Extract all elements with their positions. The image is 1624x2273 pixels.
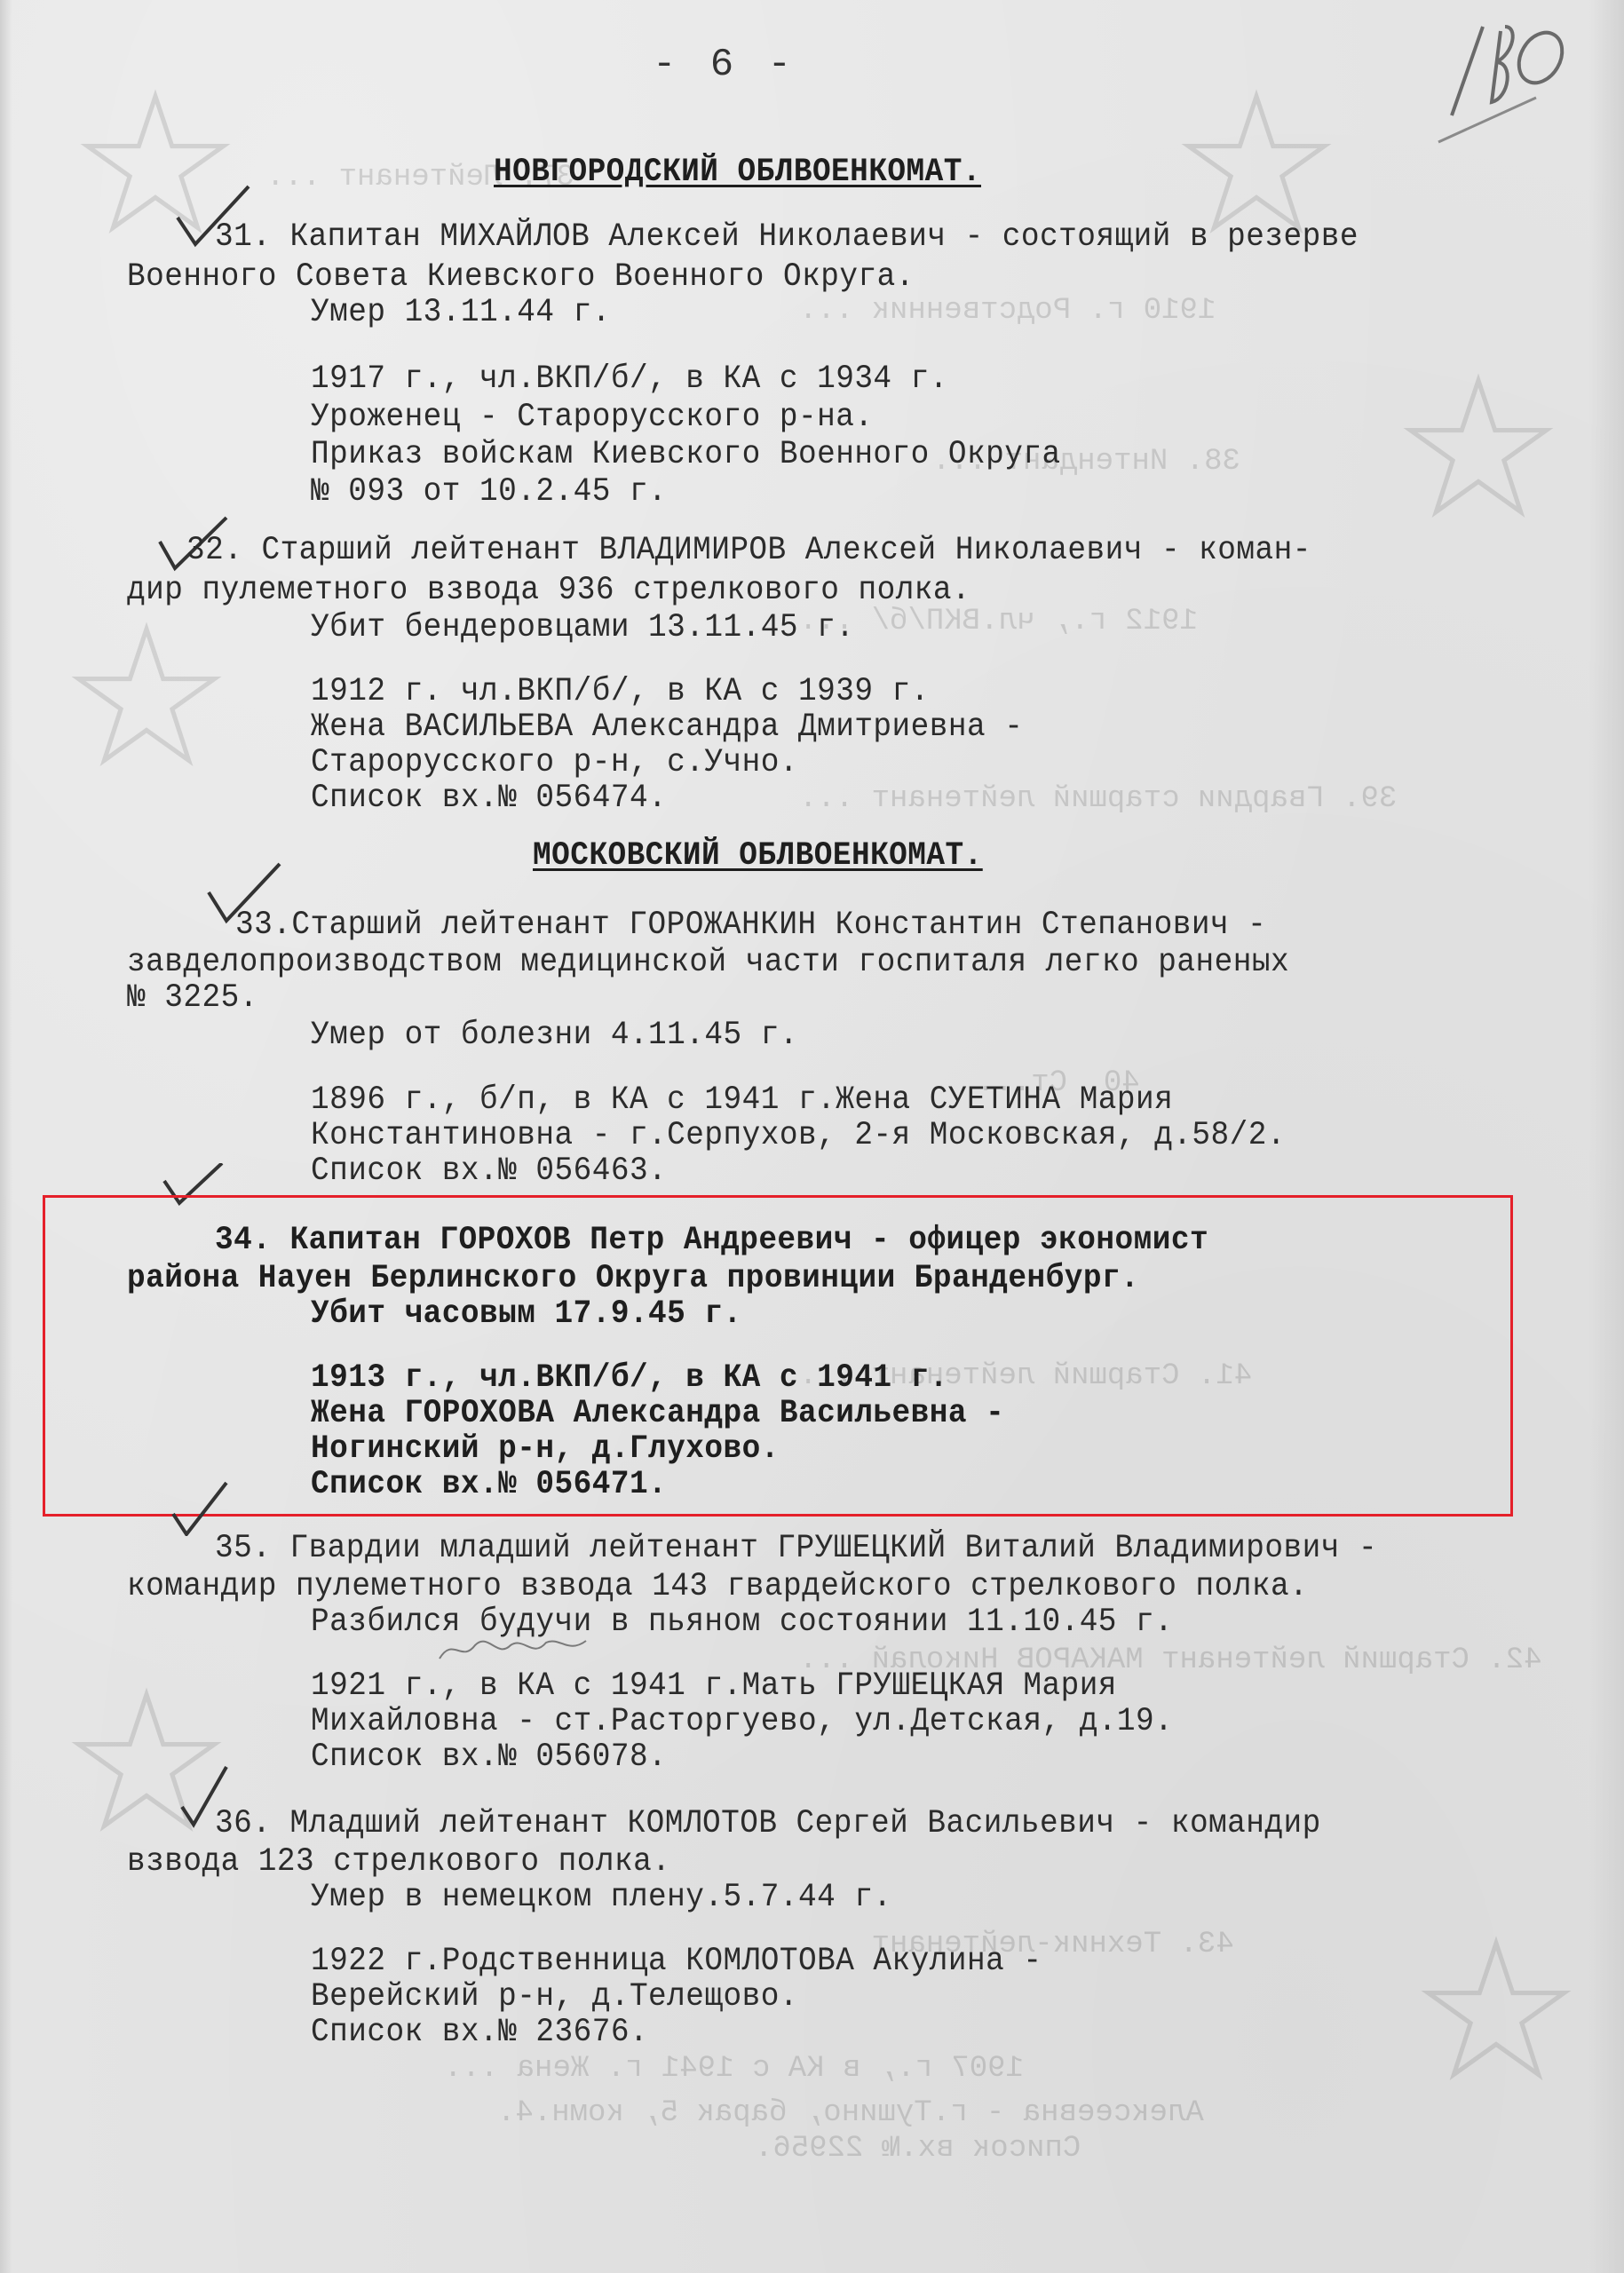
entry-31-line: Военного Совета Киевского Военного Округ… (127, 257, 915, 297)
entry-35-line: 1921 г., в КА с 1941 г.Мать ГРУШЕЦКАЯ Ма… (311, 1667, 1117, 1706)
watermark-star-icon (1403, 373, 1554, 524)
entry-32-line: 1912 г. чл.ВКП/б/, в КА с 1939 г. (311, 672, 930, 711)
entry-34-line: 34. Капитан ГОРОХОВ Петр Андреевич - офи… (215, 1221, 1208, 1260)
entry-36-line: взвода 123 стрелкового полка. (127, 1842, 670, 1881)
entry-34-line: района Науен Берлинского Округа провинци… (127, 1259, 1139, 1298)
entry-31-line: № 093 от 10.2.45 г. (311, 472, 667, 511)
entry-33-line: Умер от болезни 4.11.45 г. (311, 1016, 798, 1055)
document-page: 37. Лейтенант ... 1910 г. Родственник ..… (0, 0, 1624, 2273)
page-number: - 6 - (653, 43, 796, 87)
section-heading: МОСКОВСКИЙ ОБЛВОЕНКОМАТ. (533, 836, 983, 875)
entry-32-line: 32. Старший лейтенант ВЛАДИМИРОВ Алексей… (186, 531, 1311, 570)
entry-35-line: Михайловна - ст.Расторгуево, ул.Детская,… (311, 1702, 1173, 1741)
watermark-star-icon (1421, 1936, 1572, 2087)
entry-34-line: 1913 г., чл.ВКП/б/, в КА с 1941 г. (311, 1358, 948, 1398)
handwritten-archive-number (1430, 9, 1572, 151)
entry-32-line: Список вх.№ 056474. (311, 779, 667, 818)
entry-33-line: Список вх.№ 056463. (311, 1152, 667, 1191)
pencil-annotation (435, 1632, 595, 1667)
entry-36-line: 1922 г.Родственница КОМЛОТОВА Акулина - (311, 1942, 1042, 1981)
entry-32-line: дир пулеметного взвода 936 стрелкового п… (127, 571, 970, 610)
section-heading: НОВГОРОДСКИЙ ОБЛВОЕНКОМАТ. (494, 153, 981, 192)
bleed-through-text: 39. Гвардии старший лейтенант ... (799, 781, 1397, 817)
entry-34-line: Ногинский р-н, д.Глухово. (311, 1430, 780, 1469)
entry-34-line: Список вх.№ 056471. (311, 1465, 667, 1504)
entry-31-line: Умер 13.11.44 г. (311, 293, 611, 332)
entry-35-line: командир пулеметного взвода 143 гвардейс… (127, 1567, 1308, 1606)
entry-31-line: Уроженец - Старорусского р-на. (311, 398, 873, 437)
entry-36-line: Список вх.№ 23676. (311, 2013, 648, 2052)
entry-31-line: 31. Капитан МИХАЙЛОВ Алексей Николаевич … (215, 218, 1359, 257)
entry-34-line: Жена ГОРОХОВА Александра Васильевна - (311, 1394, 1004, 1433)
check-mark-icon (169, 1465, 249, 1536)
bleed-through-text: 1910 г. Родственник ... (799, 293, 1216, 329)
entry-32-line: Убит бендеровцами 13.11.45 г. (311, 608, 854, 647)
bleed-through-text: Алексеевна - г.Тушино, барак 5, комн.4. (497, 2095, 1204, 2131)
bleed-through-text: Список вх.№ 22956. (755, 2131, 1081, 2166)
entry-33-line: 33.Старший лейтенант ГОРОЖАНКИН Констант… (235, 906, 1266, 945)
entry-31-line: Приказ войскам Киевского Военного Округа (311, 435, 1061, 474)
entry-35-line: Список вх.№ 056078. (311, 1738, 667, 1777)
entry-36-line: Умер в немецком плену.5.7.44 г. (311, 1878, 892, 1917)
entry-33-line: Константиновна - г.Серпухов, 2-я Московс… (311, 1116, 1286, 1155)
entry-36-line: Верейский р-н, д.Телещово. (311, 1977, 798, 2016)
bleed-through-text: 1907 г., в КА с 1941 г. Жена ... (444, 2051, 1024, 2087)
entry-31-line: 1917 г., чл.ВКП/б/, в КА с 1934 г. (311, 360, 948, 399)
watermark-star-icon (71, 622, 222, 772)
page-edge-shadow (0, 0, 12, 2273)
entry-33-line: завделопроизводством медицинской части г… (127, 943, 1289, 982)
entry-32-line: Жена ВАСИЛЬЕВА Александра Дмитриевна - (311, 708, 1023, 747)
entry-33-line: 1896 г., б/п, в КА с 1941 г.Жена СУЕТИНА… (311, 1081, 1173, 1120)
entry-33-line: № 3225. (127, 978, 258, 1018)
entry-36-line: 36. Младший лейтенант КОМЛОТОВ Сергей Ва… (215, 1804, 1321, 1843)
entry-35-line: 35. Гвардии младший лейтенант ГРУШЕЦКИЙ … (215, 1529, 1377, 1568)
entry-32-line: Старорусского р-н, с.Учно. (311, 743, 798, 782)
page-edge-shadow (1588, 0, 1624, 2273)
entry-34-line: Убит часовым 17.9.45 г. (311, 1295, 742, 1334)
